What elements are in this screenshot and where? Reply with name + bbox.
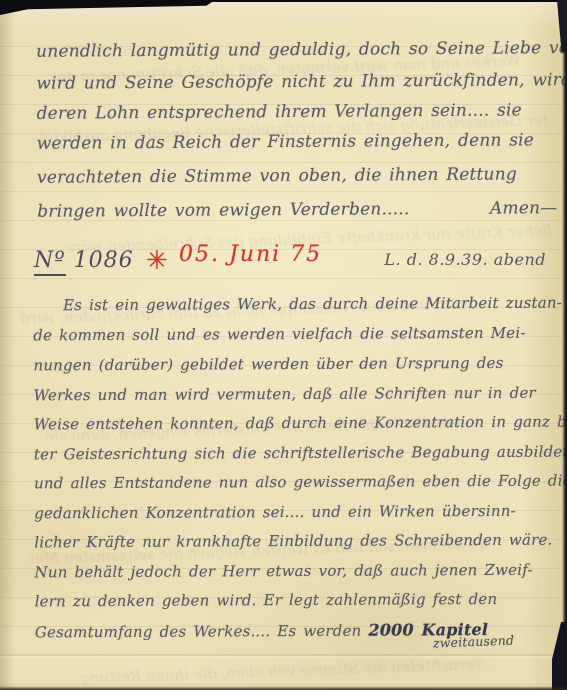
- handwritten-line: bringen wollte vom ewigen Verderben.....: [37, 199, 409, 222]
- red-date-annotation: 05. Juni 75: [179, 242, 322, 267]
- paper-crease: [0, 654, 567, 659]
- previous-entry-paragraph: unendlich langmütig und geduldig, doch s…: [36, 30, 548, 34]
- handwritten-line: Werkes und man wird vermuten, daß alle S…: [34, 384, 536, 405]
- handwritten-line: ter Geistesrichtung sich die schriftstel…: [34, 442, 567, 463]
- handwritten-line: lern zu denken geben wird. Er legt zahle…: [35, 590, 498, 610]
- handwritten-line: de kommen soll und es werden vielfach di…: [33, 324, 525, 345]
- amen-closing: Amen: [490, 198, 555, 218]
- handwritten-line: verachteten die Stimme von oben, die ihn…: [37, 164, 517, 187]
- paper-sheet: Werkes und man wird vermuten, daß alle S…: [0, 2, 567, 690]
- handwritten-line: Es ist ein gewaltiges Werk, das durch de…: [33, 294, 562, 315]
- handwritten-line: werden in das Reich der Finsternis einge…: [37, 130, 534, 153]
- number-value: 1086: [74, 248, 134, 273]
- line-text: Gesamtumfang des Werkes.... Es werden: [35, 622, 369, 642]
- handwritten-line: deren Lohn entsprechend ihrem Verlangen …: [36, 100, 521, 123]
- handwritten-line: Nun behält jedoch der Herr etwas vor, da…: [34, 561, 532, 582]
- number-sign: Nº: [34, 248, 66, 276]
- handwritten-line: wird und Seine Geschöpfe nicht zu Ihm zu…: [36, 70, 567, 94]
- red-asterisk-mark: ✳: [146, 246, 168, 276]
- handwritten-line: und alles Entstandene nun also gewisserm…: [34, 471, 567, 492]
- date-note: L. d. 8.9.39. abend: [384, 250, 546, 269]
- handwritten-line: Weise entstehen konnten, daß durch eine …: [34, 412, 567, 433]
- handwritten-line: gedanklichen Konzentration sei.... und e…: [34, 502, 516, 523]
- handwritten-line: licher Kräfte nur krankhafte Einbildung …: [34, 531, 552, 552]
- entry-paragraph: Es ist ein gewaltiges Werk, das durch de…: [33, 282, 548, 285]
- chapter-count-annotation: zweitausend: [433, 632, 515, 650]
- entry-number: Nº 1086: [34, 248, 134, 273]
- entry-header: Nº 1086 ✳ 05. Juni 75 L. d. 8.9.39. aben…: [34, 244, 546, 282]
- scan-edge-bottom: [0, 686, 567, 690]
- handwritten-line: nungen (darüber) gebildet werden über de…: [33, 354, 503, 374]
- handwritten-line: unendlich langmütig und geduldig, doch s…: [36, 37, 567, 61]
- handwritten-line: Gesamtumfang des Werkes.... Es werden 20…: [35, 620, 488, 641]
- scan-edge-right: [562, 40, 567, 626]
- manuscript-page-scan: Werkes und man wird vermuten, daß alle S…: [0, 0, 567, 690]
